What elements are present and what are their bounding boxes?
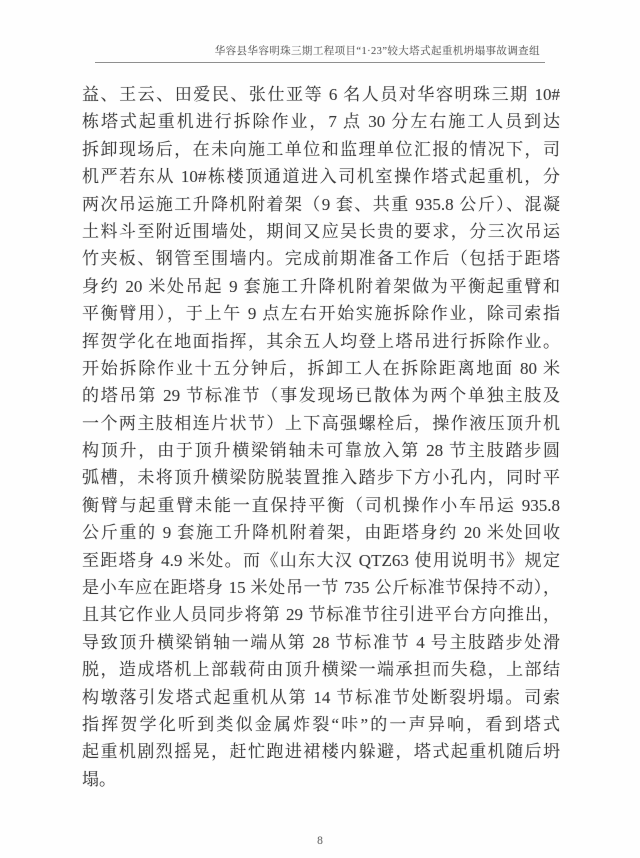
document-page: 华容县华容明珠三期工程项目“1·23”较大塔式起重机坍塌事故调查组 益、王云、田… — [0, 0, 640, 858]
body-text-line: 益、王云、田爱民、张仕亚等 6 名人员对华容明珠三期 10# — [82, 81, 560, 108]
page-header: 华容县华容明珠三期工程项目“1·23”较大塔式起重机坍塌事故调查组 — [95, 41, 545, 63]
page-number: 8 — [317, 835, 323, 847]
body-text-line: 弧槽，未将顶升横梁防脱装置推入踏步下方小孔内，同时平 — [82, 464, 560, 491]
body-text-line: 两次吊运施工升降机附着架（9 套、共重 935.8 公斤）、混凝 — [82, 191, 560, 218]
body-text-line: 起重机剧烈摇晃，赶忙跑进裙楼内躲避，塔式起重机随后坍 — [82, 738, 560, 765]
body-text-line: 的塔吊第 29 节标准节（事发现场已散体为两个单独主肢及 — [82, 382, 560, 409]
body-text-line: 塌。 — [82, 766, 560, 793]
body-text-line: 且其它作业人员同步将第 29 节标准节往引进平台方向推出， — [82, 601, 560, 628]
body-text-line: 开始拆除作业十五分钟后，拆卸工人在拆除距离地面 80 米 — [82, 355, 560, 382]
header-title: 华容县华容明珠三期工程项目“1·23”较大塔式起重机坍塌事故调查组 — [215, 46, 540, 57]
body-text-line: 土料斗至附近围墙处，期间又应吴长贵的要求，分三次吊运 — [82, 218, 560, 245]
body-text-line: 至距塔身 4.9 米处。而《山东大汉 QTZ63 使用说明书》规定 — [82, 547, 560, 574]
body-text-line: 公斤重的 9 套施工升降机附着架，由距塔身约 20 米处回收 — [82, 519, 560, 546]
body-text-line: 一个两主肢相连片状节）上下高强螺栓后，操作液压顶升机 — [82, 410, 560, 437]
body-text-line: 挥贺学化在地面指挥，其余五人均登上塔吊进行拆除作业。 — [82, 328, 560, 355]
body-text-line: 竹夹板、钢管至围墙内。完成前期准备工作后（包括于距塔 — [82, 245, 560, 272]
body-text-line: 身约 20 米处吊起 9 套施工升降机附着架做为平衡起重臂和 — [82, 273, 560, 300]
body-text-line: 平衡臂用），于上午 9 点左右开始实施拆除作业，除司索指 — [82, 300, 560, 327]
body-text-line: 机严若东从 10#栋楼顶通道进入司机室操作塔式起重机，分 — [82, 163, 560, 190]
body-text-line: 脱，造成塔机上部载荷由顶升横梁一端承担而失稳，上部结 — [82, 656, 560, 683]
body-text-line: 构顶升，由于顶升横梁销轴未可靠放入第 28 节主肢踏步圆 — [82, 437, 560, 464]
body-text-line: 拆卸现场后，在未向施工单位和监理单位汇报的情况下，司 — [82, 136, 560, 163]
body-text-line: 构墩落引发塔式起重机从第 14 节标准节处断裂坍塌。司索 — [82, 684, 560, 711]
body-text-line: 衡臂与起重臂未能一直保持平衡（司机操作小车吊运 935.8 — [82, 492, 560, 519]
body-text-line: 导致顶升横梁销轴一端从第 28 节标准节 4 号主肢踏步处滑 — [82, 629, 560, 656]
page-footer: 8 — [0, 831, 640, 849]
body-text-line: 指挥贺学化听到类似金属炸裂“咔”的一声异响，看到塔式 — [82, 711, 560, 738]
body-text-line: 栋塔式起重机进行拆除作业，7 点 30 分左右施工人员到达 — [82, 108, 560, 135]
body-text-line: 是小车应在距塔身 15 米处吊一节 735 公斤标准节保持不动）， — [82, 574, 560, 601]
body-paragraph: 益、王云、田爱民、张仕亚等 6 名人员对华容明珠三期 10#栋塔式起重机进行拆除… — [82, 81, 560, 793]
